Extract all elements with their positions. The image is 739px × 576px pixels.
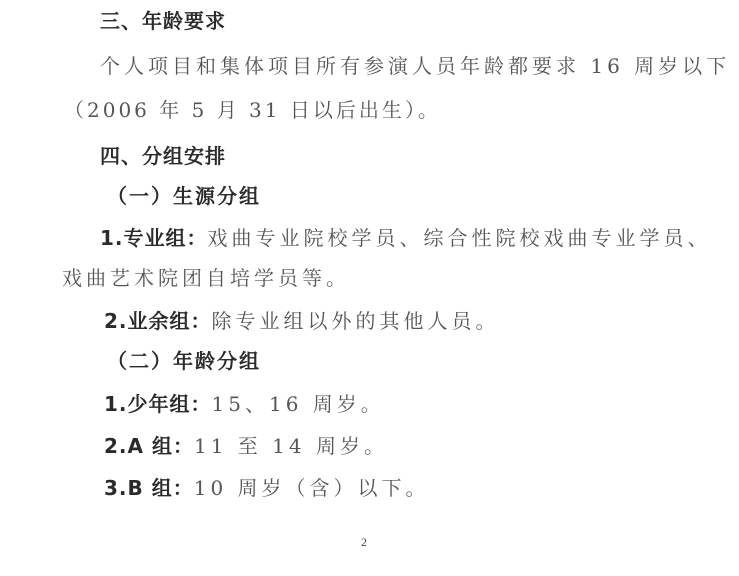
group-b-text: 10 周岁（含）以下。 bbox=[194, 476, 430, 500]
junior-group-label: 1.少年组： bbox=[104, 392, 212, 416]
list-item-amateur-group: 2.业余组：除专业组以外的其他人员。 bbox=[104, 308, 500, 334]
list-item-junior-group: 1.少年组：15、16 周岁。 bbox=[104, 391, 385, 417]
amateur-group-text: 除专业组以外的其他人员。 bbox=[212, 309, 500, 333]
professional-group-text-line2: 戏曲艺术院团自培学员等。 bbox=[62, 265, 350, 291]
junior-group-text: 15、16 周岁。 bbox=[212, 392, 385, 416]
group-a-label: 2.A 组： bbox=[104, 434, 194, 458]
subsection-heading-age-grouping: （二）年龄分组 bbox=[107, 348, 261, 374]
group-b-label: 3.B 组： bbox=[104, 476, 194, 500]
professional-group-label: 1.专业组： bbox=[100, 226, 208, 250]
page-number: 2 bbox=[361, 535, 367, 550]
age-requirement-paragraph-line1: 个人项目和集体项目所有参演人员年龄都要求 16 周岁以下 bbox=[100, 53, 730, 79]
group-a-text: 11 至 14 周岁。 bbox=[194, 434, 388, 458]
section-heading-age-requirements: 三、年龄要求 bbox=[100, 8, 226, 34]
amateur-group-label: 2.业余组： bbox=[104, 309, 212, 333]
section-heading-grouping: 四、分组安排 bbox=[100, 143, 226, 169]
professional-group-text: 戏曲专业院校学员、综合性院校戏曲专业学员、 bbox=[208, 226, 712, 250]
subsection-heading-source-grouping: （一）生源分组 bbox=[107, 183, 261, 209]
list-item-group-b: 3.B 组：10 周岁（含）以下。 bbox=[104, 475, 430, 501]
list-item-group-a: 2.A 组：11 至 14 周岁。 bbox=[104, 433, 388, 459]
age-requirement-paragraph-line2: （2006 年 5 月 31 日以后出生）。 bbox=[64, 97, 441, 123]
list-item-professional-group: 1.专业组：戏曲专业院校学员、综合性院校戏曲专业学员、 bbox=[100, 225, 712, 251]
